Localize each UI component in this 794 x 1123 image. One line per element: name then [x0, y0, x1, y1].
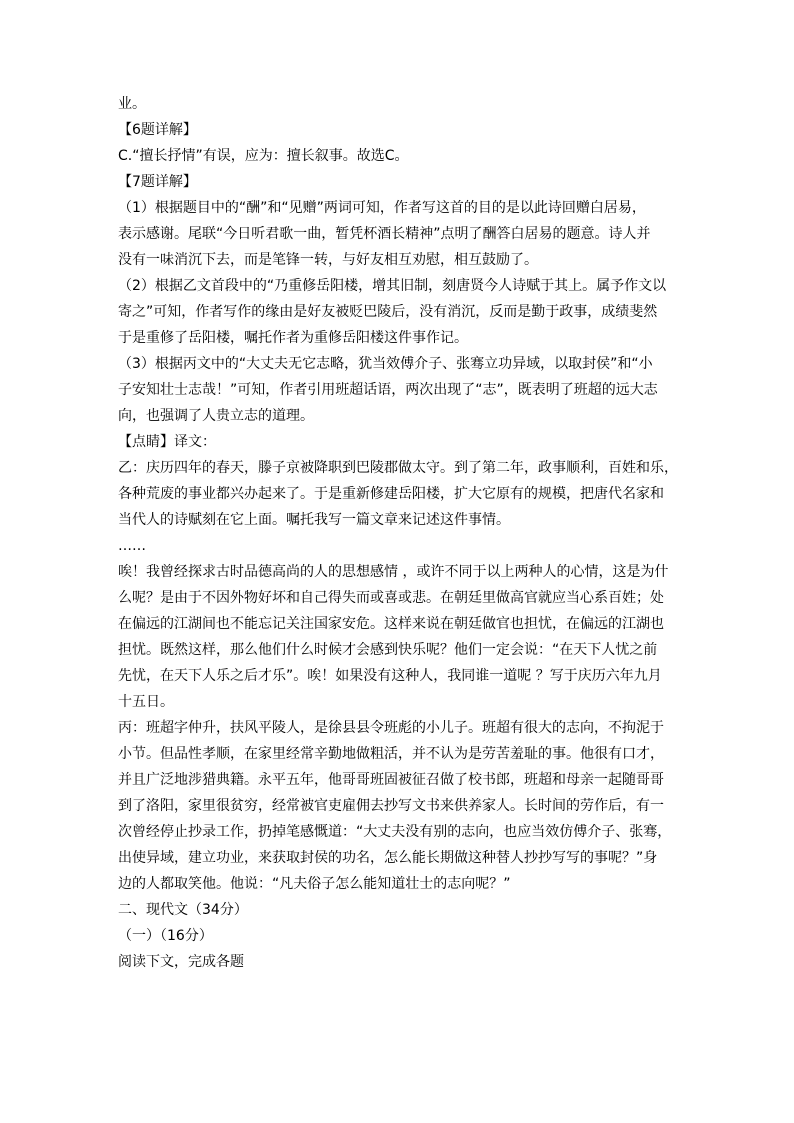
section-heading-q7-explanation: 【7题详解】: [118, 169, 678, 195]
translation-yi-line6: 在偏远的江湖间也不能忘记关注国家安危。这样来说在朝廷做官也担忧，在偏远的江湖也: [118, 611, 678, 637]
q7-part3-line1: （3）根据丙文中的“大丈夫无它志略，犹当效傅介子、张骞立功异域，以取封侯”和“小: [118, 351, 678, 377]
translation-bing-line5: 次曾经停止抄录工作，扔掉笔感慨道：“大丈夫没有别的志向，也应当效仿傅介子、张骞，: [118, 819, 678, 845]
ellipsis: ……: [118, 533, 678, 559]
translation-bing-line6: 出使异域，建立功业，来获取封侯的功名，怎么能长期做这种替人抄抄写写的事呢？”身: [118, 845, 678, 871]
translation-bing-line1: 丙：班超字仲升，扶风平陵人，是徐县县令班彪的小儿子。班超有很大的志向，不拘泥于: [118, 715, 678, 741]
section-heading-q6-explanation: 【6题详解】: [118, 117, 678, 143]
translation-bing-line7: 边的人都取笑他。他说：“凡夫俗子怎么能知道壮士的志向呢？”: [118, 871, 678, 897]
translation-yi-line4: 唉！我曾经探求古时品德高尚的人的思想感情 ，或许不同于以上两种人的心情，这是为什: [118, 559, 678, 585]
section-heading-translation: 【点睛】译文：: [118, 429, 678, 455]
translation-bing-line2: 小节。但品性孝顺，在家里经常辛勤地做粗活，并不认为是劳苦羞耻的事。他很有口才，: [118, 741, 678, 767]
translation-yi-line8: 先忧，在天下人乐之后才乐”。唉！如果没有这种人，我同谁一道呢 ？写于庆历六年九月: [118, 663, 678, 689]
translation-yi-line9: 十五日。: [118, 689, 678, 715]
translation-yi-line5: 么呢？是由于不因外物好坏和自己得失而或喜或悲。在朝廷里做高官就应当心系百姓；处: [118, 585, 678, 611]
translation-yi-line7: 担忧。既然这样，那么他们什么时候才会感到快乐呢？他们一定会说：“在天下人忧之前: [118, 637, 678, 663]
translation-yi-line1: 乙：庆历四年的春天，滕子京被降职到巴陵郡做太守。到了第二年，政事顺利，百姓和乐，: [118, 455, 678, 481]
document-page: 业。 【6题详解】 C.“擅长抒情”有误，应为：擅长叙事。故选C。 【7题详解】…: [118, 91, 678, 975]
q7-part1-line3: 没有一味消沉下去，而是笔锋一转，与好友相互劝慰，相互鼓励了。: [118, 247, 678, 273]
instruction-text: 阅读下文，完成各题: [118, 949, 678, 975]
q7-part3-line3: 向，也强调了人贵立志的道理。: [118, 403, 678, 429]
q7-part1-line1: （1）根据题目中的“酬”和“见赠”两词可知，作者写这首的目的是以此诗回赠白居易，: [118, 195, 678, 221]
q7-part3-line2: 子安知壮士志哉！”可知，作者引用班超话语，两次出现了“志”，既表明了班超的远大志: [118, 377, 678, 403]
subsection-heading-part1: （一）（16分）: [118, 923, 678, 949]
translation-yi-line2: 各种荒废的事业都兴办起来了。于是重新修建岳阳楼，扩大它原有的规模，把唐代名家和: [118, 481, 678, 507]
q7-part1-line2: 表示感谢。尾联“今日听君歌一曲，暂凭杯酒长精神”点明了酬答白居易的题意。诗人并: [118, 221, 678, 247]
text-line-continuation: 业。: [118, 91, 678, 117]
translation-yi-line3: 当代人的诗赋刻在它上面。嘱托我写一篇文章来记述这件事情。: [118, 507, 678, 533]
translation-bing-line4: 到了洛阳，家里很贫穷，经常被官吏雇佣去抄写文书来供养家人。长时间的劳作后，有一: [118, 793, 678, 819]
q7-part2-line3: 于是重修了岳阳楼，嘱托作者为重修岳阳楼这件事作记。: [118, 325, 678, 351]
translation-bing-line3: 并且广泛地涉猎典籍。永平五年，他哥哥班固被征召做了校书郎，班超和母亲一起随哥哥: [118, 767, 678, 793]
q7-part2-line1: （2）根据乙文首段中的“乃重修岳阳楼，增其旧制，刻唐贤今人诗赋于其上。属予作文以: [118, 273, 678, 299]
q7-part2-line2: 寄之”可知，作者写作的缘由是好友被贬巴陵后，没有消沉，反而是勤于政事，成绩斐然: [118, 299, 678, 325]
section-heading-modern-text: 二、现代文（34分）: [118, 897, 678, 923]
q6-answer-text: C.“擅长抒情”有误，应为：擅长叙事。故选C。: [118, 143, 678, 169]
